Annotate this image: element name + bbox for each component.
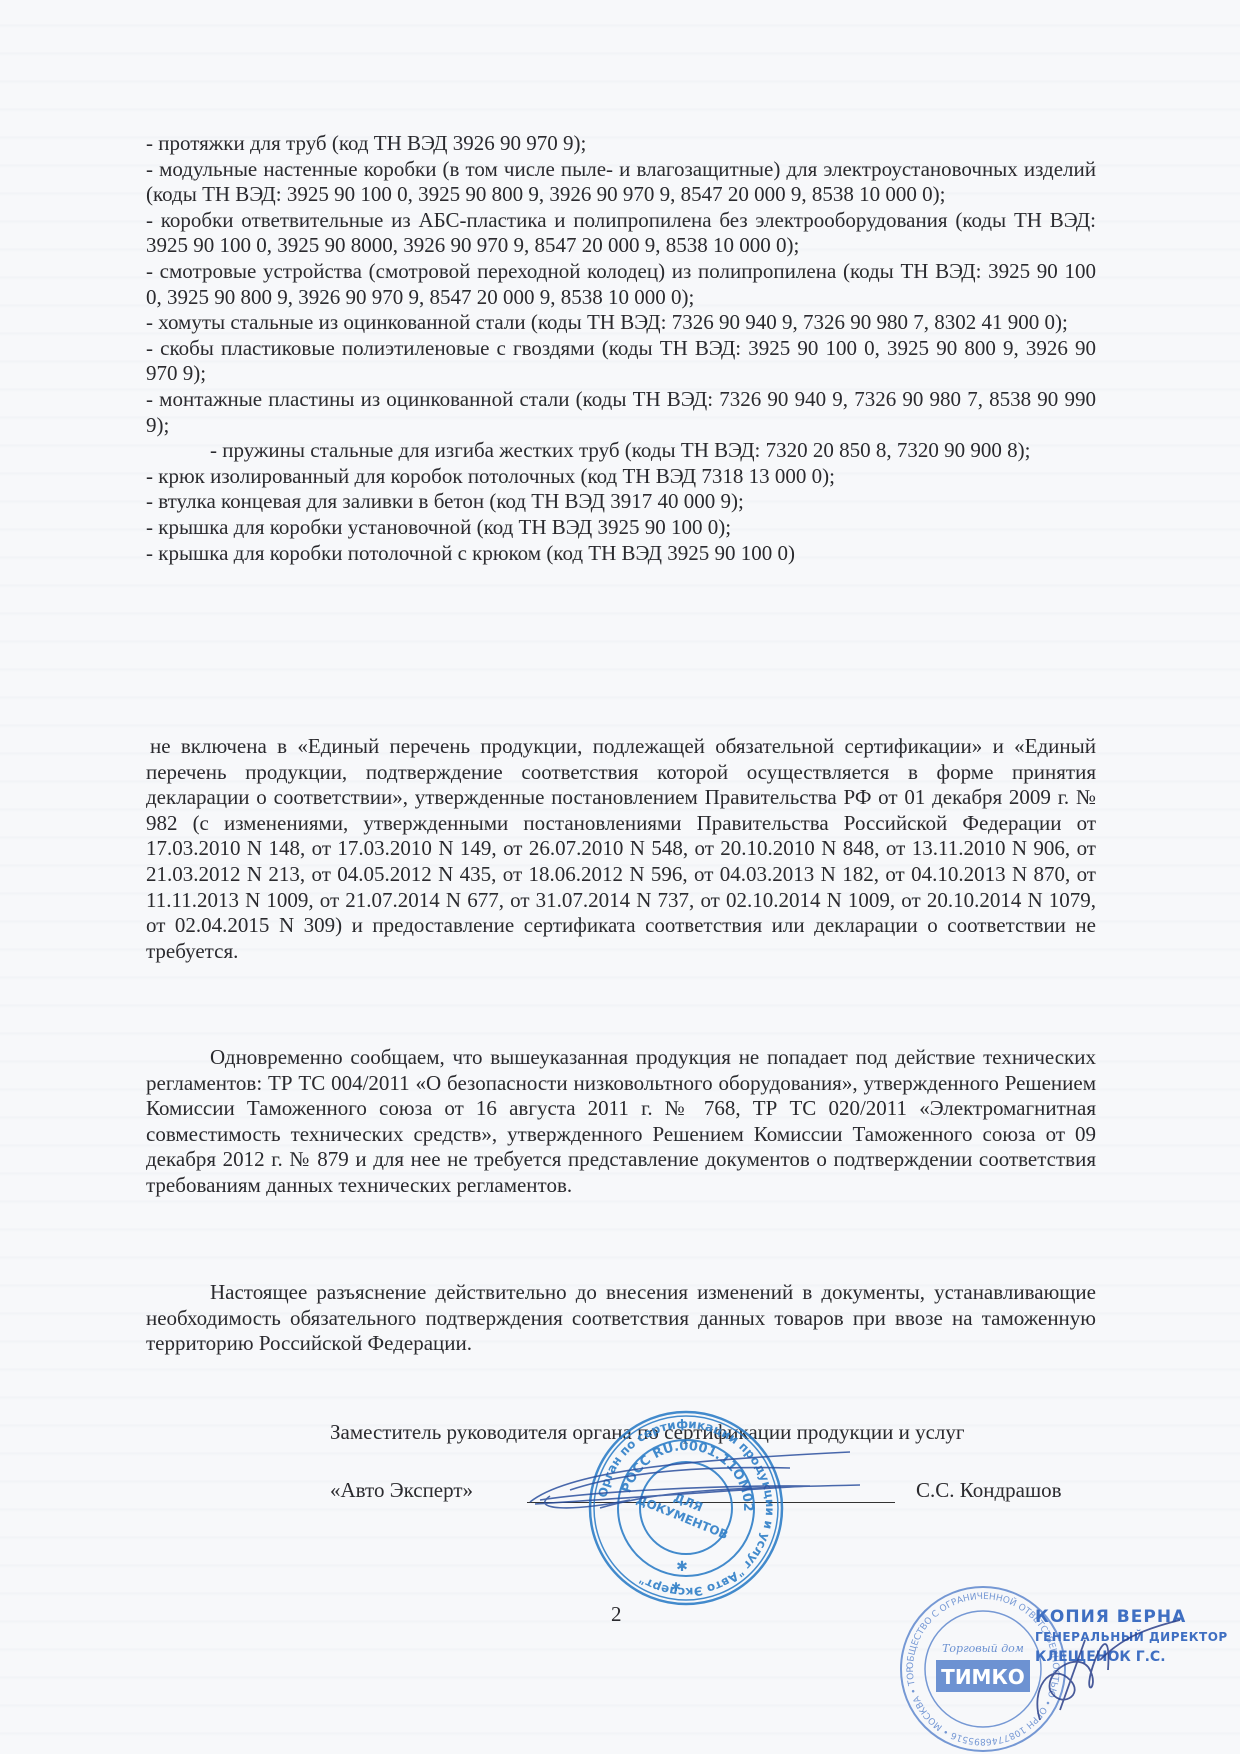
list-item: - пружины стальные для изгиба жестких тр… bbox=[146, 438, 1096, 464]
svg-text:✱: ✱ bbox=[676, 1560, 688, 1575]
paragraph-regulations: Одновременно сообщаем, что вышеуказанная… bbox=[146, 1045, 1096, 1199]
list-item: - крышка для коробки потолочной с крюком… bbox=[146, 541, 1096, 567]
list-item: - монтажные пластины из оцинкованной ста… bbox=[146, 387, 1096, 438]
signatory-organization: «Авто Эксперт» bbox=[330, 1478, 473, 1503]
list-item: - втулка концевая для заливки в бетон (к… bbox=[146, 489, 1096, 515]
signature-icon bbox=[510, 1430, 870, 1520]
list-item: - коробки ответвительные из АБС-пластика… bbox=[146, 208, 1096, 259]
signatory-name: С.С. Кондрашов bbox=[916, 1478, 1062, 1503]
paragraph-not-included: не включена в «Единый перечень продукции… bbox=[146, 734, 1096, 964]
list-item: - крюк изолированный для коробок потолоч… bbox=[146, 464, 1096, 490]
list-item: - крышка для коробки установочной (код Т… bbox=[146, 515, 1096, 541]
paragraph-validity: Настоящее разъяснение действительно до в… bbox=[146, 1280, 1096, 1357]
list-item: - скобы пластиковые полиэтиленовые с гво… bbox=[146, 336, 1096, 387]
page-number: 2 bbox=[611, 1602, 622, 1627]
list-item: - протяжки для труб (код ТН ВЭД 3926 90 … bbox=[146, 131, 1096, 157]
list-item: - хомуты стальные из оцинкованной стали … bbox=[146, 310, 1096, 336]
product-list: - протяжки для труб (код ТН ВЭД 3926 90 … bbox=[146, 131, 1096, 566]
list-item: - смотровые устройства (смотровой перехо… bbox=[146, 259, 1096, 310]
svg-text:✱: ✱ bbox=[671, 1580, 681, 1594]
director-signature-icon bbox=[1000, 1600, 1200, 1730]
document-page: - протяжки для труб (код ТН ВЭД 3926 90 … bbox=[0, 0, 1240, 1754]
list-item: - модульные настенные коробки (в том чис… bbox=[146, 157, 1096, 208]
